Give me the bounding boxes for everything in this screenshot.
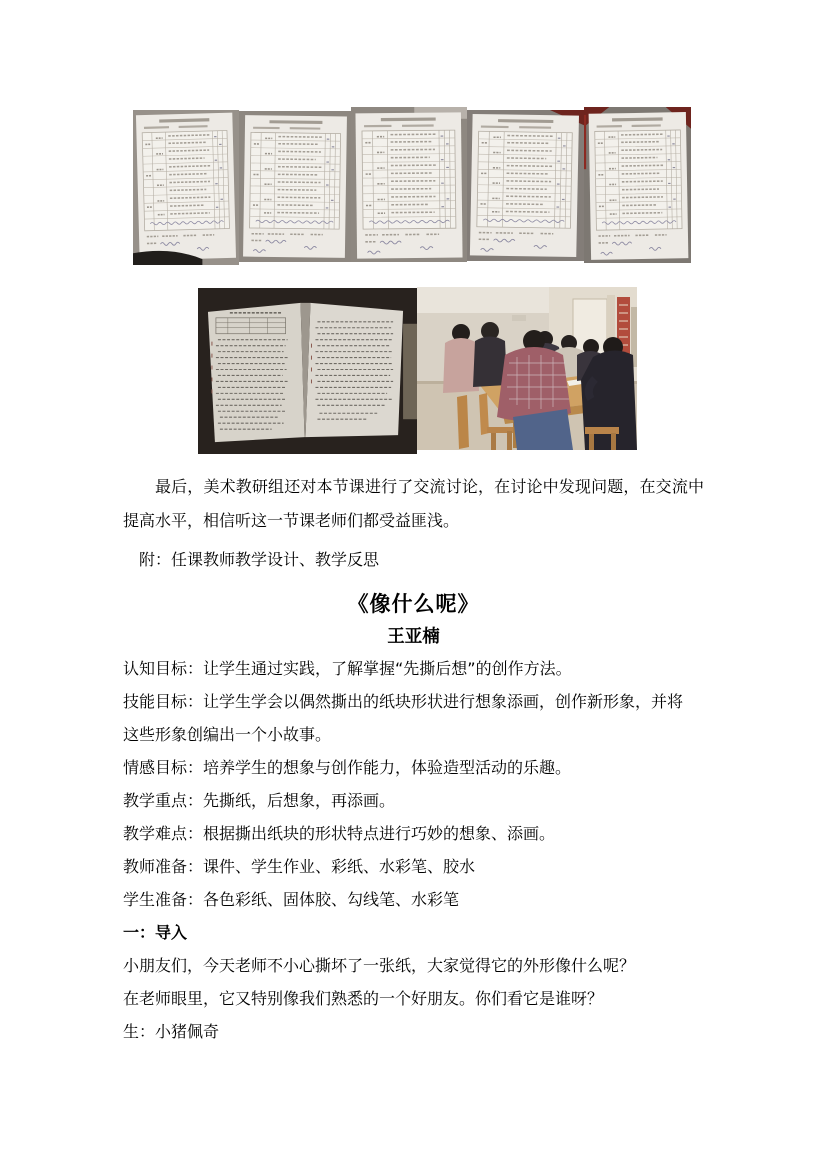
closing-paragraph: 最后，美术教研组还对本节课进行了交流讨论，在讨论中发现问题，在交流中提高水平，相… — [123, 470, 704, 538]
section-heading-intro: 一：导入 — [123, 916, 704, 949]
document-page: 最后，美术教研组还对本节课进行了交流讨论，在讨论中发现问题，在交流中提高水平，相… — [0, 0, 827, 1170]
lesson-body: 认知目标：让学生通过实践，了解掌握“先撕后想”的创作方法。 技能目标：让学生学会… — [123, 652, 704, 1048]
teacher-prep-line: 教师准备：课件、学生作业、彩纸、水彩笔、胶水 — [123, 850, 704, 883]
attachment-note: 附：任课教师教学设计、教学反思 — [123, 546, 704, 574]
meeting-photo — [417, 287, 637, 450]
lesson-title: 《像什么呢》 — [123, 588, 704, 620]
lesson-author: 王亚楠 — [123, 622, 704, 652]
evaluation-form-photo-1 — [133, 110, 239, 265]
student-prep-line: 学生准备：各色彩纸、固体胶、勾线笔、水彩笔 — [123, 883, 704, 916]
closing-line-1: 最后，美术教研组还对本节课进行了交流讨论，在讨论中发现问题，在交流 — [155, 477, 688, 496]
cognitive-goal-line: 认知目标：让学生通过实践，了解掌握“先撕后想”的创作方法。 — [123, 652, 704, 685]
evaluation-form-photo-3 — [351, 107, 467, 262]
teaching-difficulty-line: 教学难点：根据撕出纸块的形状特点进行巧妙的想象、添画。 — [123, 817, 704, 850]
student-answer-line: 生：小猪佩奇 — [123, 1015, 704, 1048]
notebook-photo — [198, 288, 417, 454]
evaluation-form-photo-5 — [584, 107, 691, 263]
skill-goal-line-2: 这些形象创编出一个小故事。 — [123, 718, 704, 751]
emotion-goal-line: 情感目标：培养学生的想象与创作能力，体验造型活动的乐趣。 — [123, 751, 704, 784]
text-column: 最后，美术教研组还对本节课进行了交流讨论，在讨论中发现问题，在交流中提高水平，相… — [123, 470, 704, 1048]
teacher-dialogue-line-1: 小朋友们，今天老师不小心撕坏了一张纸，大家觉得它的外形像什么呢？ — [123, 949, 704, 982]
evaluation-form-photo-4 — [467, 110, 584, 261]
evaluation-form-photo-2 — [239, 111, 351, 262]
teacher-dialogue-line-2: 在老师眼里，它又特别像我们熟悉的一个好朋友。你们看它是谁呀？ — [123, 982, 704, 1015]
wooden-chair — [457, 395, 469, 449]
skill-goal-line-1: 技能目标：让学生学会以偶然撕出的纸块形状进行想象添画，创作新形象，并将 — [123, 685, 704, 718]
teaching-focus-line: 教学重点：先撕纸，后想象，再添画。 — [123, 784, 704, 817]
